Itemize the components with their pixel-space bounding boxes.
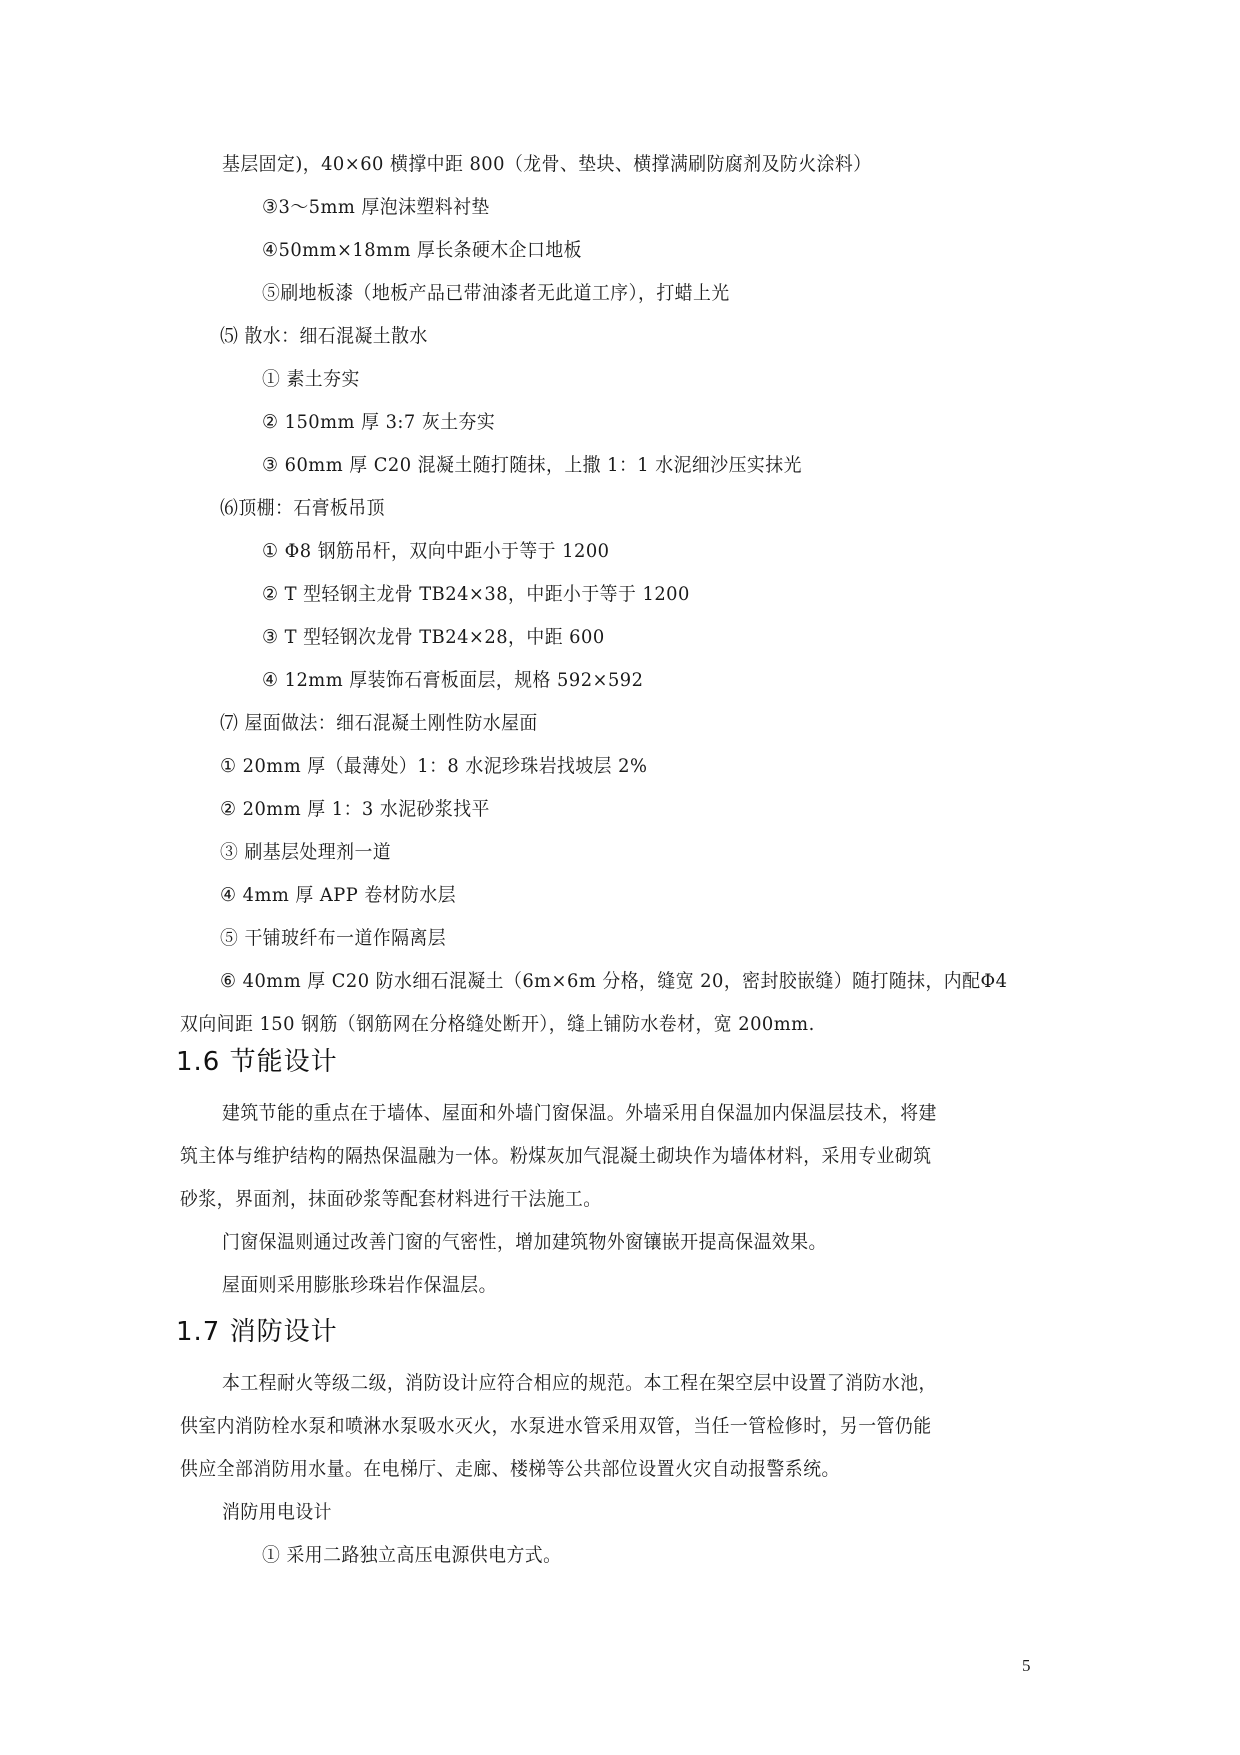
text-line: ③ 刷基层处理剂一道 (220, 840, 391, 864)
text-line: ① 素土夯实 (262, 367, 360, 391)
page-number: 5 (1022, 1656, 1031, 1676)
paragraph-line: 本工程耐火等级二级，消防设计应符合相应的规范。本工程在架空层中设置了消防水池， (222, 1371, 937, 1395)
paragraph-line: 砂浆，界面剂，抹面砂浆等配套材料进行干法施工。 (180, 1187, 602, 1211)
text-line: 双向间距 150 钢筋（钢筋网在分格缝处断开），缝上铺防水卷材，宽 200mm. (180, 1012, 815, 1036)
text-line: ⑥ 40mm 厚 C20 防水细石混凝土（6m×6m 分格，缝宽 20，密封胶嵌… (220, 969, 1007, 993)
text-line: ⑸ 散水：细石混凝土散水 (220, 324, 428, 348)
text-line: ① Φ8 钢筋吊杆，双向中距小于等于 1200 (262, 539, 609, 563)
paragraph-line: 建筑节能的重点在于墙体、屋面和外墙门窗保温。外墙采用自保温加内保温层技术，将建 (222, 1101, 937, 1125)
text-line: ③ T 型轻钢次龙骨 TB24×28，中距 600 (262, 625, 605, 649)
text-line: ⑤刷地板漆（地板产品已带油漆者无此道工序），打蜡上光 (262, 281, 730, 305)
section-heading: 1.7 消防设计 (176, 1316, 338, 1348)
text-line: ④ 4mm 厚 APP 卷材防水层 (220, 883, 456, 907)
text-line: ① 20mm 厚（最薄处）1：8 水泥珍珠岩找坡层 2% (220, 754, 647, 778)
paragraph-line: 供室内消防栓水泵和喷淋水泵吸水灭火，水泵进水管采用双管，当任一管检修时，另一管仍… (180, 1414, 932, 1438)
paragraph-line: 门窗保温则通过改善门窗的气密性，增加建筑物外窗镶嵌开提高保温效果。 (222, 1230, 827, 1254)
paragraph-line: 供应全部消防用水量。在电梯厅、走廊、楼梯等公共部位设置火灾自动报警系统。 (180, 1457, 840, 1481)
paragraph-line: 筑主体与维护结构的隔热保温融为一体。粉煤灰加气混凝土砌块作为墙体材料，采用专业砌… (180, 1144, 932, 1168)
paragraph-line: 屋面则采用膨胀珍珠岩作保温层。 (222, 1273, 497, 1297)
text-line: ④ 12mm 厚装饰石膏板面层，规格 592×592 (262, 668, 643, 692)
text-line: ② 150mm 厚 3:7 灰土夯实 (262, 410, 495, 434)
text-line: ⑺ 屋面做法：细石混凝土刚性防水屋面 (220, 711, 538, 735)
text-line: ③ 60mm 厚 C20 混凝土随打随抹，上撒 1：1 水泥细沙压实抹光 (262, 453, 802, 477)
text-line: ③3～5mm 厚泡沫塑料衬垫 (262, 195, 490, 219)
paragraph-line: 消防用电设计 (222, 1500, 332, 1524)
section-heading: 1.6 节能设计 (176, 1046, 338, 1078)
text-line: ② T 型轻钢主龙骨 TB24×38，中距小于等于 1200 (262, 582, 690, 606)
text-line: ④50mm×18mm 厚长条硬木企口地板 (262, 238, 582, 262)
text-line: ⑹顶棚：石膏板吊顶 (220, 496, 385, 520)
paragraph-line: ① 采用二路独立高压电源供电方式。 (262, 1543, 561, 1567)
text-line: ② 20mm 厚 1：3 水泥砂浆找平 (220, 797, 490, 821)
text-line: ⑤ 干铺玻纤布一道作隔离层 (220, 926, 446, 950)
text-line: 基层固定)，40×60 横撑中距 800（龙骨、垫块、横撑满刷防腐剂及防火涂料） (222, 152, 872, 176)
